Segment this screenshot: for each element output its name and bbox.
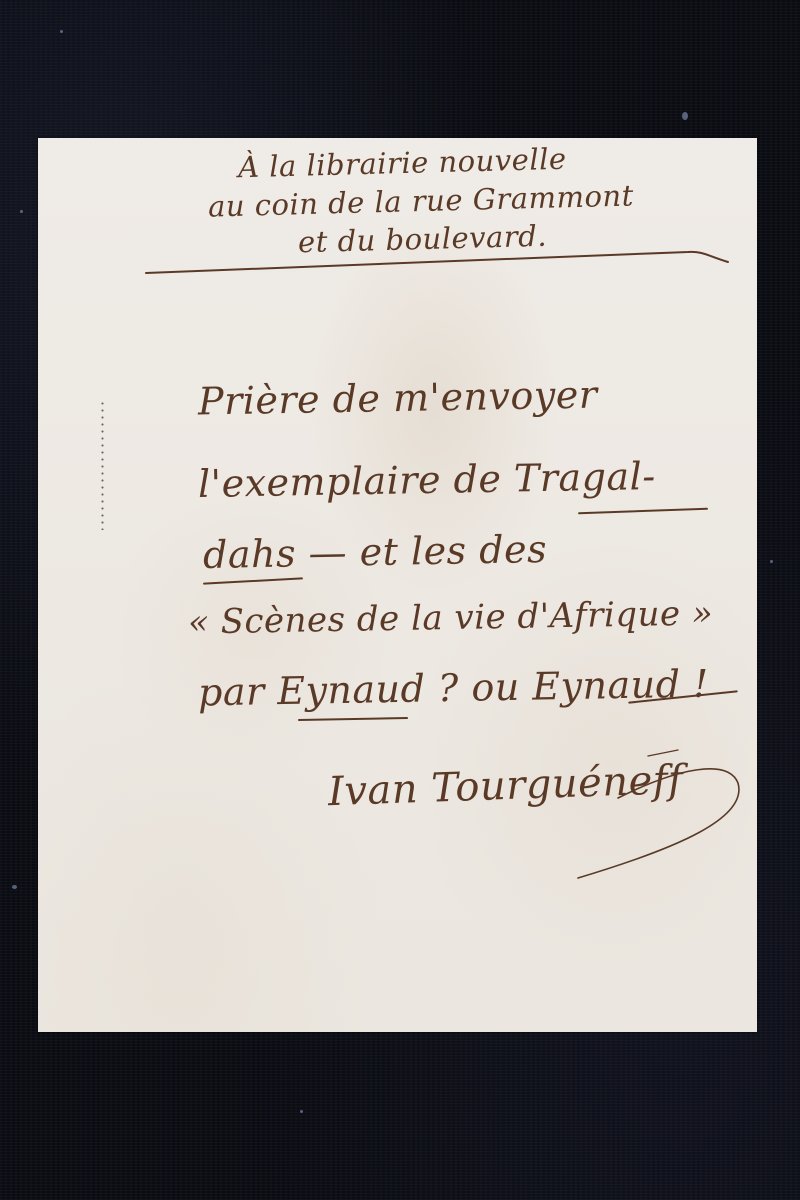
body-line-2: l'exemplaire de Tragal-: [198, 454, 656, 506]
body-line-3: dahs — et les des: [203, 527, 548, 577]
address-line-2: au coin de la rue Grammont: [208, 178, 635, 223]
underline-eynaud-1: [298, 717, 408, 721]
underline-dahs: [203, 577, 303, 584]
cloth-speck: [682, 112, 688, 120]
body-line-1: Prière de m'envoyer: [198, 373, 598, 424]
cloth-speck: [300, 1110, 303, 1113]
signature-flourish: [38, 728, 757, 1028]
fold-marks: [101, 400, 104, 530]
cloth-speck: [60, 30, 63, 33]
cloth-speck: [12, 885, 17, 889]
address-line-1: À la librairie nouvelle: [238, 142, 567, 185]
body-line-4: « Scènes de la vie d'Afrique »: [188, 593, 714, 642]
underline-tragal: [578, 508, 708, 515]
body-line-5: par Eynaud ? ou Eynaud !: [198, 662, 710, 715]
address-rule: [38, 238, 757, 278]
cloth-speck: [20, 210, 23, 213]
letter-paper: À la librairie nouvelle au coin de la ru…: [38, 138, 757, 1032]
cloth-speck: [770, 560, 773, 563]
